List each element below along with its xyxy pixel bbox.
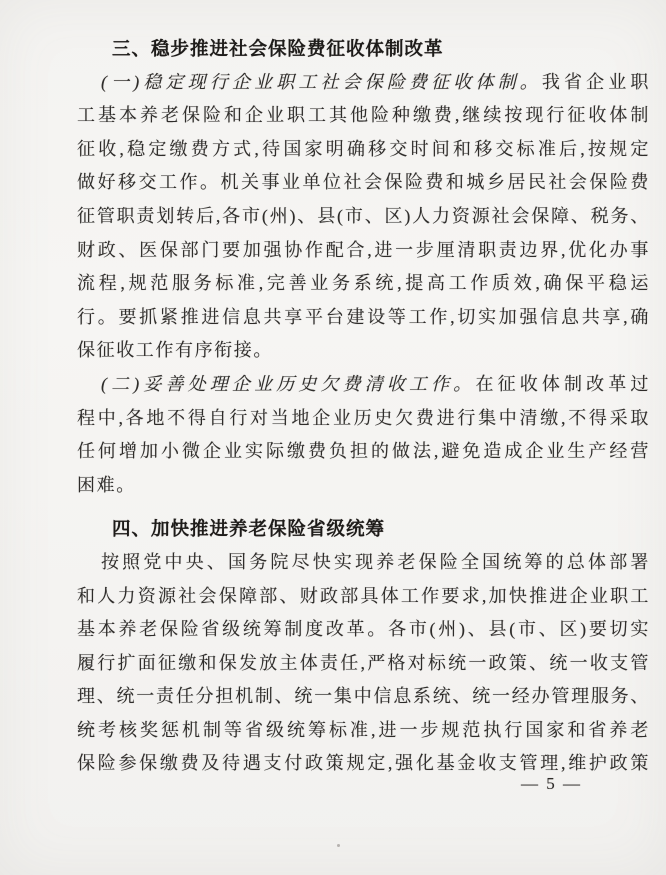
paragraph-line: 征收,稳定缴费方式,待国家明确移交时间和移交标准后,按规定	[77, 133, 650, 167]
paragraph-line: 工基本养老保险和企业职工其他险种缴费,继续按现行征收体制	[77, 99, 650, 133]
document-page: 三、稳步推进社会保险费征收体制改革 (一)稳定现行企业职工社会保险费征收体制。我…	[0, 0, 666, 875]
paragraph-line: 按照党中央、国务院尽快实现养老保险全国统筹的总体部署	[77, 546, 650, 580]
paragraph-line: 保征收工作有序衔接。	[77, 334, 650, 368]
paragraph-line: 一考核奖惩机制等省级统筹标准,进一步规范执行国家和省养老	[77, 714, 650, 748]
paragraph-line: 征管职责划转后,各市(州)、县(市、区)人力资源社会保障、税务、	[77, 200, 650, 234]
paragraph-line: 程中,各地不得自行对当地企业历史欠费进行集中清缴,不得采取	[77, 402, 650, 436]
paragraph-line: 基本养老保险省级统筹制度改革。各市(州)、县(市、区)要切实	[77, 613, 650, 647]
paragraph-line: 履行扩面征缴和保发放主体责任,严格对标统一政策、统一收支管	[77, 647, 650, 681]
section-heading: 三、稳步推进社会保险费征收体制改革	[77, 32, 650, 66]
clause-title: (二)妥善处理企业历史欠费清收工作。	[101, 374, 475, 394]
paragraph-line: 和人力资源社会保障部、财政部具体工作要求,加快推进企业职工	[77, 580, 650, 614]
paragraph-line: 流程,规范服务标准,完善业务系统,提高工作质效,确保平稳运	[77, 267, 650, 301]
paragraph-line: 困难。	[77, 469, 650, 503]
document-body: 三、稳步推进社会保险费征收体制改革 (一)稳定现行企业职工社会保险费征收体制。我…	[77, 32, 650, 781]
scan-speck	[337, 844, 340, 847]
paragraph-line: 任何增加小微企业实际缴费负担的做法,避免造成企业生产经营	[77, 435, 650, 469]
paragraph-line: 行。要抓紧推进信息共享平台建设等工作,切实加强信息共享,确	[77, 301, 650, 335]
section-heading: 四、加快推进养老保险省级统筹	[77, 512, 650, 546]
clause-text: 我省企业职	[542, 72, 650, 92]
clause-title: (一)稳定现行企业职工社会保险费征收体制。	[101, 72, 542, 92]
clause-text: 在征收体制改革过	[475, 374, 650, 394]
paragraph-line: 财政、医保部门要加强协作配合,进一步厘清职责边界,优化办事	[77, 234, 650, 268]
paragraph-line: (一)稳定现行企业职工社会保险费征收体制。我省企业职	[77, 66, 650, 100]
paragraph-line: 理、统一责任分担机制、统一集中信息系统、统一经办管理服务、统	[77, 680, 650, 714]
paragraph-line: 做好移交工作。机关事业单位社会保险费和城乡居民社会保险费	[77, 166, 650, 200]
paragraph-line: (二)妥善处理企业历史欠费清收工作。在征收体制改革过	[77, 368, 650, 402]
page-number: — 5 —	[521, 774, 582, 794]
